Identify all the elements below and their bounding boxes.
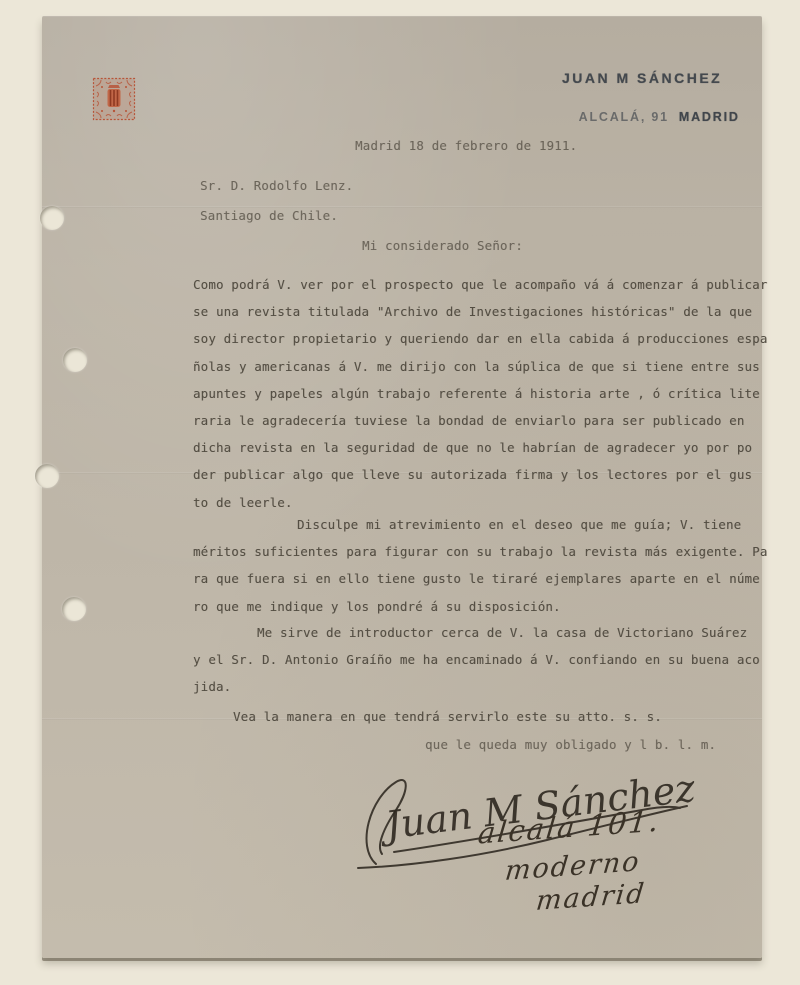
closing-courtesy-line: Vea la manera en que tendrá servirlo est… [233,709,662,724]
recipient-city: Santiago de Chile. [200,208,338,223]
typed-line: y el Sr. D. Antonio Graíño me ha encamin… [193,652,778,679]
letterhead-street: ALCALÁ, 91 [579,110,669,124]
typed-line: ñolas y americanas á V. me dirijo con la… [193,359,778,386]
typed-line: méritos suficientes para figurar con su … [193,544,778,571]
closing-farewell-line: que le queda muy obligado y l b. l. m. [425,737,716,752]
typed-line: Disculpe mi atrevimiento en el deseo que… [193,517,778,544]
typed-line: soy director propietario y queriendo dar… [193,331,778,358]
typed-line: raria le agradecería tuviese la bondad d… [193,413,778,440]
date-line: Madrid 18 de febrero de 1911. [355,138,577,153]
recipient-name: Sr. D. Rodolfo Lenz. [200,178,353,193]
paragraph-3: Me sirve de introductor cerca de V. la c… [193,625,778,707]
typed-line: apuntes y papeles algún trabajo referent… [193,386,778,413]
letterhead-address: ALCALÁ, 91MADRID [558,96,740,138]
typed-line: der publicar algo que lleve su autorizad… [193,467,778,494]
punch-hole [62,597,86,621]
typed-line: ro que me indique y los pondré á su disp… [193,599,778,626]
typed-line: ra que fuera si en ello tiene gusto le t… [193,571,778,598]
letterhead-city: MADRID [679,110,740,124]
letterhead-sender-name: JUAN M SÁNCHEZ [562,70,722,86]
typed-line: jida. [193,679,778,706]
punch-hole [35,464,59,488]
typed-line: Me sirve de introductor cerca de V. la c… [193,625,778,652]
paragraph-1: Como podrá V. ver por el prospecto que l… [193,277,778,522]
coat-of-arms-stamp-icon [92,77,136,121]
typed-line: se una revista titulada "Archivo de Inve… [193,304,778,331]
paragraph-2: Disculpe mi atrevimiento en el deseo que… [193,517,778,626]
typed-line: dicha revista en la seguridad de que no … [193,440,778,467]
punch-hole [63,348,87,372]
paper-crease [42,206,762,208]
punch-hole [40,206,64,230]
salutation: Mi considerado Señor: [362,238,523,253]
typed-line: Como podrá V. ver por el prospecto que l… [193,277,778,304]
